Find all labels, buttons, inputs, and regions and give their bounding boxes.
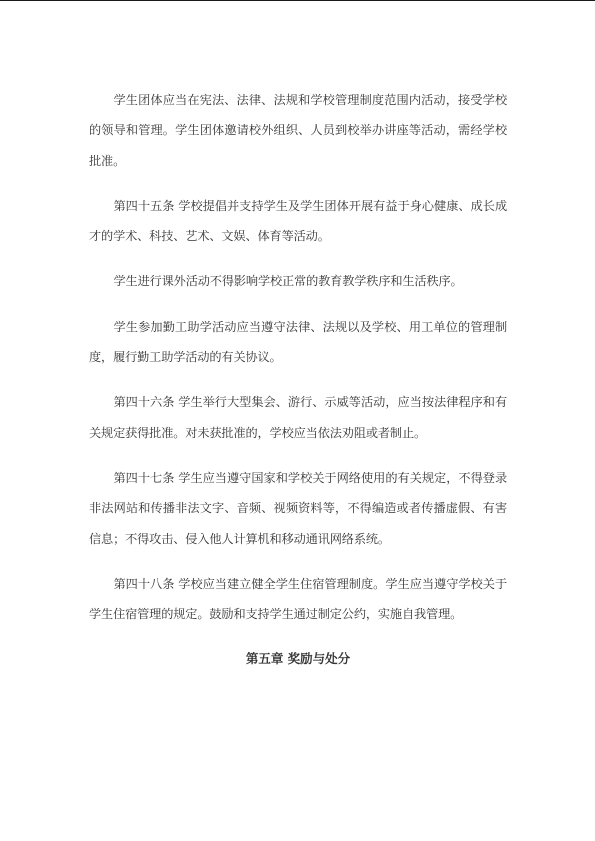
paragraph-article-46: 第四十六条 学生举行大型集会、游行、示威等活动，应当按法律程序和有关规定获得批准…	[89, 387, 507, 448]
paragraph-work-study: 学生参加勤工助学活动应当遵守法律、法规以及学校、用工单位的管理制度，履行勤工助学…	[89, 312, 507, 373]
paragraph-article-48: 第四十八条 学校应当建立健全学生住宿管理制度。学生应当遵守学校关于学生住宿管理的…	[89, 569, 507, 630]
chapter-heading: 第五章 奖励与处分	[89, 644, 507, 674]
page-top-border	[0, 0, 595, 1]
paragraph-extracurricular: 学生进行课外活动不得影响学校正常的教育教学秩序和生活秩序。	[89, 266, 507, 296]
paragraph-student-groups: 学生团体应当在宪法、法律、法规和学校管理制度范围内活动，接受学校的领导和管理。学…	[89, 85, 507, 176]
document-page: 学生团体应当在宪法、法律、法规和学校管理制度范围内活动，接受学校的领导和管理。学…	[89, 85, 507, 674]
paragraph-article-45: 第四十五条 学校提倡并支持学生及学生团体开展有益于身心健康、成长成才的学术、科技…	[89, 191, 507, 252]
paragraph-article-47: 第四十七条 学生应当遵守国家和学校关于网络使用的有关规定，不得登录非法网站和传播…	[89, 463, 507, 554]
